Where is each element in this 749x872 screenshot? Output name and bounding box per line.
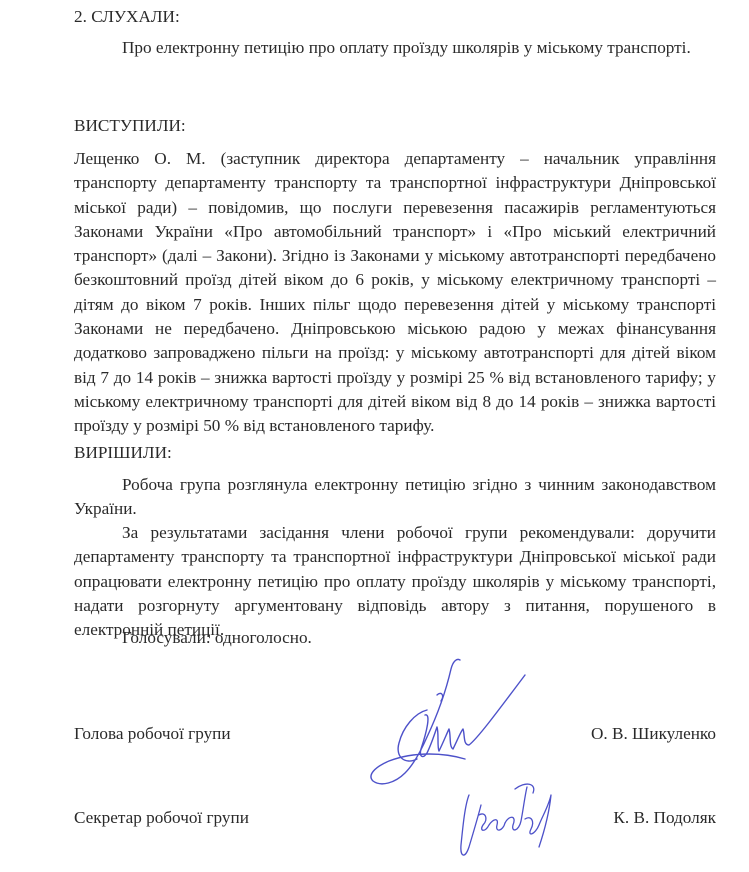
decided-paragraph-2: За результатами засідання члени робочої … — [74, 521, 716, 642]
secretary-title: Секретар робочої групи — [74, 806, 249, 830]
chair-title: Голова робочої групи — [74, 722, 231, 746]
signature-row-secretary: Секретар робочої групи К. В. Подоляк — [74, 806, 716, 830]
section-heading-spoke: ВИСТУПИЛИ: — [74, 114, 186, 138]
chair-signature-icon — [365, 655, 545, 795]
vote-result: Голосували: одноголосно. — [122, 626, 312, 650]
heard-text: Про електронну петицію про оплату проїзд… — [74, 36, 716, 60]
secretary-signature-icon — [455, 775, 565, 865]
section-heading-decided: ВИРІШИЛИ: — [74, 441, 172, 465]
secretary-name: К. В. Подоляк — [613, 806, 716, 830]
chair-name: О. В. Шикуленко — [591, 722, 716, 746]
spoke-text: Лещенко О. М. (заступник директора депар… — [74, 147, 716, 439]
section-heading-heard: 2. СЛУХАЛИ: — [74, 5, 180, 29]
decided-paragraph-1: Робоча група розглянула електронну петиц… — [74, 473, 716, 522]
